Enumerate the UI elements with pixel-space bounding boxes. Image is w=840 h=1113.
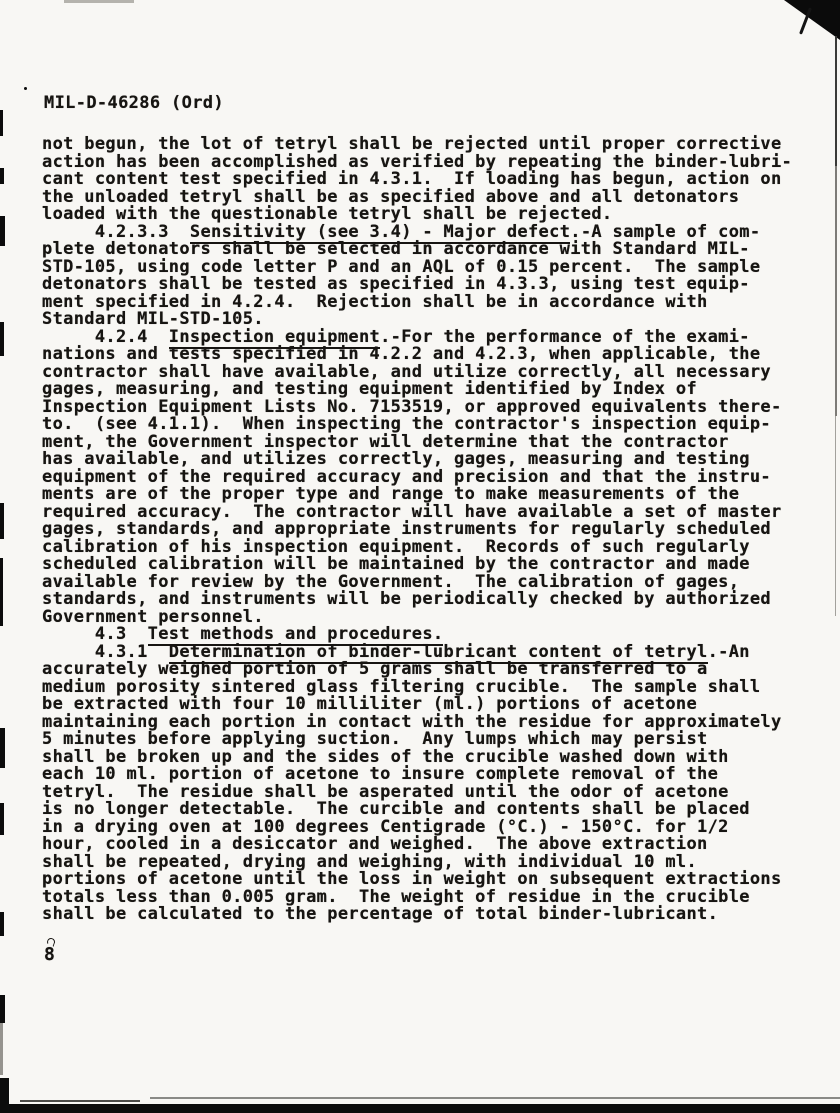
paragraph: not begun, the lot of tetryl shall be re… <box>42 136 818 224</box>
paragraph: 4.2.3.3 Sensitivity (see 3.4) - Major de… <box>42 224 818 329</box>
scan-edge-mark <box>0 558 3 626</box>
scan-line-bottom <box>20 1100 140 1102</box>
scan-edge-mark <box>0 912 4 936</box>
scan-line-bottom <box>150 1097 840 1099</box>
scan-edge-mark <box>0 1078 9 1104</box>
scan-edge-mark <box>0 322 4 356</box>
scan-edge-mark <box>0 110 3 136</box>
scan-smudge-top <box>64 0 134 3</box>
doc-number-header: MIL-D-46286 (Ord) <box>44 93 224 113</box>
scan-speck <box>24 87 27 90</box>
paragraph: 4.3.1 Determination of binder-lubricant … <box>42 644 818 924</box>
text-segment: shall be calculated to the percentage of… <box>42 904 718 924</box>
scan-edge-mark <box>0 503 4 539</box>
scan-edge-mark <box>835 36 837 166</box>
scan-edge-mark <box>835 416 836 616</box>
document-body: not begun, the lot of tetryl shall be re… <box>42 136 818 924</box>
page-number: 8 <box>44 944 55 965</box>
scan-corner-fold <box>784 0 840 40</box>
scan-edge-mark <box>0 1023 3 1075</box>
scan-bar-bottom <box>0 1104 840 1113</box>
paragraph: 4.2.4 Inspection equipment.-For the perf… <box>42 329 818 627</box>
text-line: shall be calculated to the percentage of… <box>42 906 818 924</box>
scan-edge-mark <box>0 803 4 835</box>
document-page: MIL-D-46286 (Ord) not begun, the lot of … <box>0 0 840 1113</box>
scan-edge-mark <box>0 168 4 184</box>
scan-edge-mark <box>835 166 837 416</box>
text-segment: .-An <box>708 642 750 662</box>
scan-edge-mark <box>0 728 5 768</box>
scan-edge-mark <box>0 216 5 246</box>
scan-edge-mark <box>0 995 5 1023</box>
